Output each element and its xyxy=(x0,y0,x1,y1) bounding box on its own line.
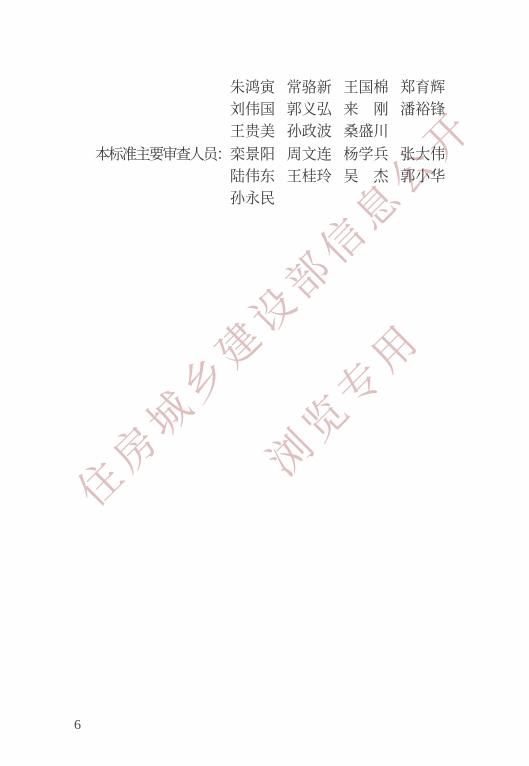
personnel-row: 刘伟国 郭义弘 来 刚 潘裕锋 xyxy=(0,99,529,121)
person-name: 杨学兵 xyxy=(344,144,390,166)
person-name: 桑盛川 xyxy=(344,121,390,143)
person-name: 郭义弘 xyxy=(287,99,333,121)
person-name: 朱鸿寅 xyxy=(230,77,276,99)
person-name: 郭小华 xyxy=(400,166,446,188)
person-name: 吴 杰 xyxy=(344,166,390,188)
person-name: 郑育辉 xyxy=(400,77,446,99)
person-name: 潘裕锋 xyxy=(400,99,446,121)
personnel-row: 孙永民 xyxy=(0,188,529,210)
person-name: 栾景阳 xyxy=(230,144,276,166)
document-page: 住房城乡建设部信息公开 浏览专用 朱鸿寅 常骆新 王国棉 郑育辉 刘伟国 郭义弘… xyxy=(0,0,529,766)
personnel-row: 王贵美 孙政波 桑盛川 xyxy=(0,121,529,143)
person-name: 王国棉 xyxy=(344,77,390,99)
person-name: 周文连 xyxy=(287,144,333,166)
personnel-list: 朱鸿寅 常骆新 王国棉 郑育辉 刘伟国 郭义弘 来 刚 潘裕锋 王贵美 孙政波 … xyxy=(0,77,529,210)
person-name: 来 刚 xyxy=(344,99,390,121)
person-name: 王桂玲 xyxy=(287,166,333,188)
person-name: 常骆新 xyxy=(287,77,333,99)
person-name: 王贵美 xyxy=(230,121,276,143)
personnel-row: 朱鸿寅 常骆新 王国棉 郑育辉 xyxy=(0,77,529,99)
person-name: 刘伟国 xyxy=(230,99,276,121)
person-name: 陆伟东 xyxy=(230,166,276,188)
page-number: 6 xyxy=(74,718,81,734)
personnel-row-with-label: 本标准主要审查人员： 栾景阳 周文连 杨学兵 张大伟 xyxy=(0,144,529,166)
person-name: 孙政波 xyxy=(287,121,333,143)
person-name: 张大伟 xyxy=(400,144,446,166)
person-name: 孙永民 xyxy=(230,188,276,210)
personnel-row: 陆伟东 王桂玲 吴 杰 郭小华 xyxy=(0,166,529,188)
reviewers-label: 本标准主要审查人员： xyxy=(0,144,230,166)
